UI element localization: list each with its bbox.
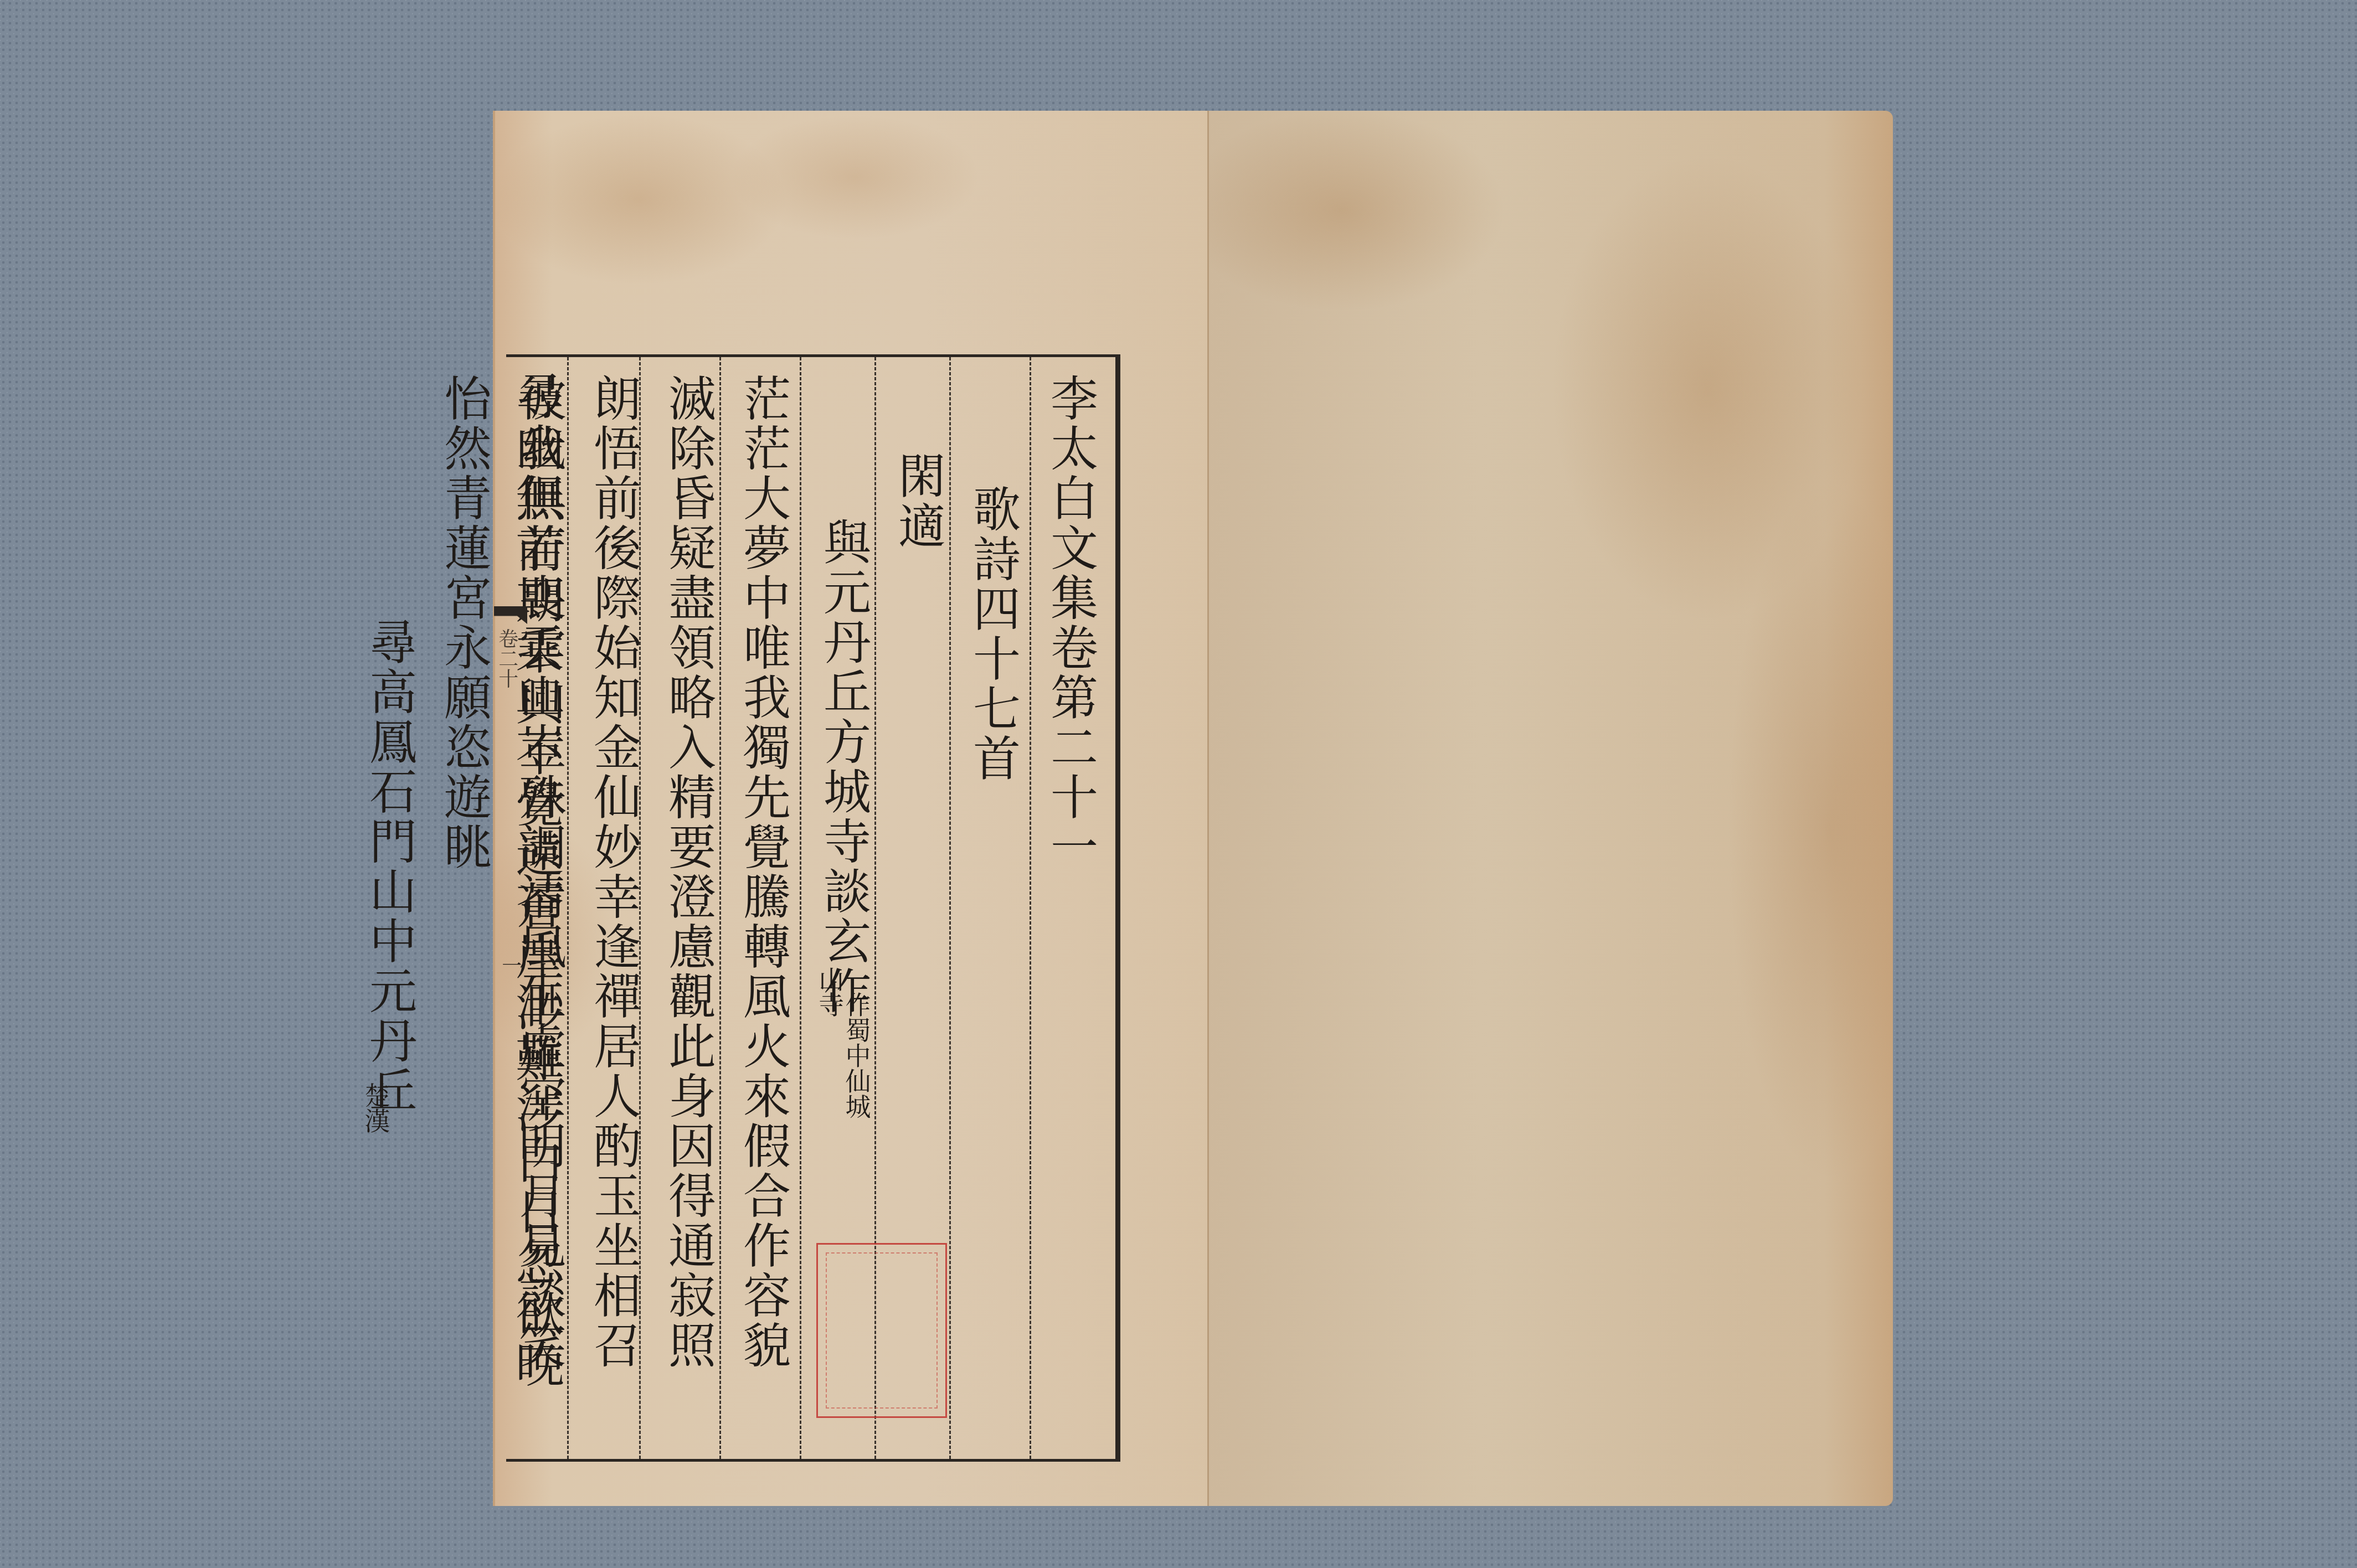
column-rule: [800, 357, 801, 1459]
column-rule: [1030, 357, 1031, 1459]
volume-title: 李太白文集卷第二十一: [1046, 374, 1094, 872]
leaf-number: 一: [500, 955, 521, 975]
poem-line: 尋幽無前期乘興不覺遠蒼崖渺難涉白日忽欲晚: [512, 371, 560, 1390]
printed-frame: 李太白文集卷第二十一 歌詩四十七首 閑適 與元丹丘方城寺談玄作 一作蜀中仙城山寺…: [506, 354, 1120, 1462]
seal-border: [826, 1252, 938, 1409]
right-page: [1207, 111, 1893, 1506]
open-book: 李太白文集卷第二十一 歌詩四十七首 閑適 與元丹丘方城寺談玄作 一作蜀中仙城山寺…: [493, 111, 1891, 1506]
column-rule: [949, 357, 951, 1459]
column-rule: [567, 357, 569, 1459]
column-rule: [719, 357, 721, 1459]
poem-line: 滅除昏疑盡領略入精要澄慮觀此身因得通寂照: [664, 374, 712, 1370]
left-page: 李太白文集卷第二十一 歌詩四十七首 閑適 與元丹丘方城寺談玄作 一作蜀中仙城山寺…: [493, 111, 1210, 1506]
fold-margin-text: 卷二十: [496, 628, 517, 688]
poem-line: 茫茫大夢中唯我獨先覺騰轉風火來假合作容貌: [739, 374, 786, 1370]
section-heading: 閑適: [894, 451, 941, 551]
poem-title: 與元丹丘方城寺談玄作: [819, 518, 867, 1016]
collector-seal: [816, 1243, 947, 1418]
volume-subtitle: 歌詩四十七首: [969, 484, 1016, 783]
poem-line: 朗悟前後際始知金仙妙幸逢禪居人酌玉坐相召: [589, 374, 637, 1370]
poem-annotation: 一作蜀中仙城山寺: [816, 966, 870, 1143]
poem-annotation: 楚漢: [362, 1082, 389, 1133]
poem-title: 尋高鳳石門山中元丹丘: [365, 617, 413, 1116]
poem-line: 怡然青蓮宮永願恣遊眺: [440, 374, 487, 872]
